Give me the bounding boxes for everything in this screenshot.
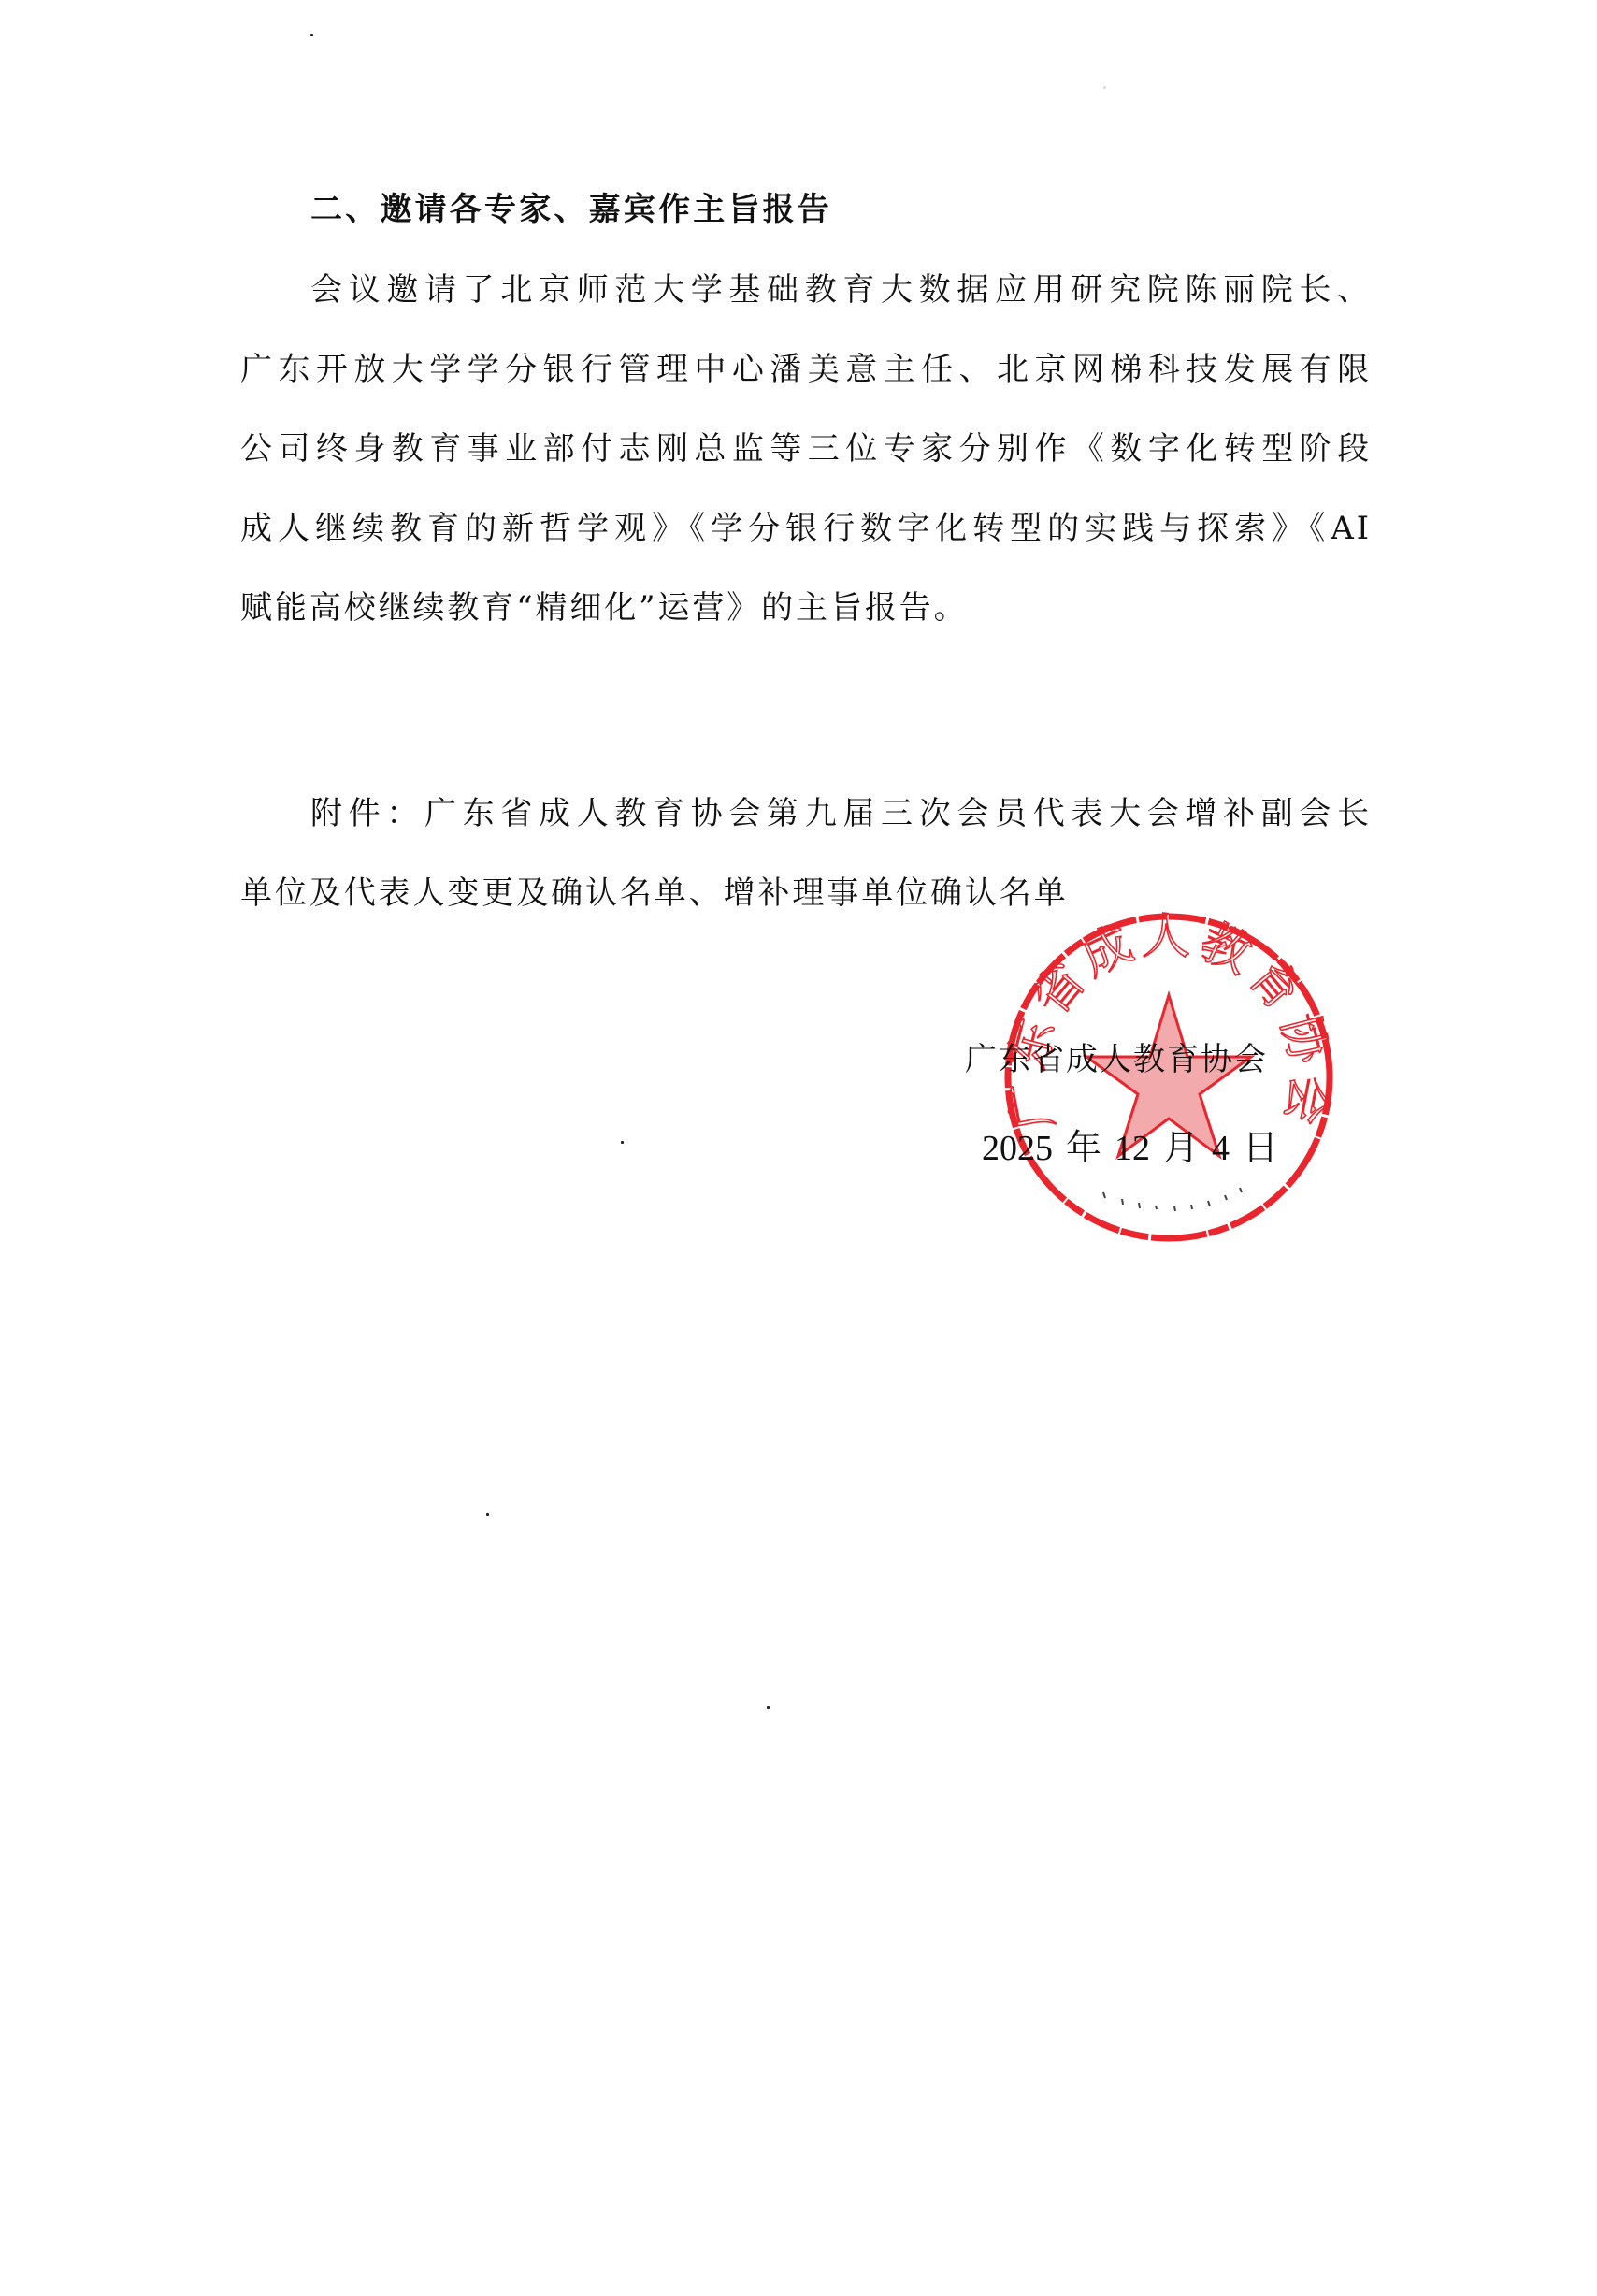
date-year-unit: 年: [1066, 1129, 1101, 1168]
paragraph-line: 会议邀请了北京师范大学基础教育大数据应用研究院陈丽院长、: [310, 251, 1372, 330]
date-month: 12: [1115, 1129, 1150, 1168]
date-day: 4: [1212, 1129, 1230, 1168]
paragraph-line: 成人继续教育的新哲学观》《学分银行数字化转型的实践与探索》《AI: [240, 489, 1372, 569]
section-heading: 二、邀请各专家、嘉宾作主旨报告: [310, 170, 1372, 250]
paragraph-line: 广东开放大学学分银行管理中心潘美意主任、北京网梯科技发展有限: [240, 330, 1372, 410]
paragraph-line: 公司终身教育事业部付志刚总监等三位专家分别作《数字化转型阶段: [240, 410, 1372, 489]
signature-date: 2025年12月4日: [982, 1120, 1291, 1177]
scan-speck: [310, 34, 313, 36]
date-year: 2025: [982, 1129, 1053, 1168]
signature-organization: 广东省成人教育协会: [965, 1032, 1268, 1088]
scan-speck: [767, 1706, 770, 1709]
scan-speck: [1103, 86, 1106, 89]
date-month-unit: 月: [1163, 1129, 1199, 1168]
date-day-unit: 日: [1243, 1129, 1278, 1168]
seal-serial-marks: [1103, 1188, 1242, 1211]
paragraph-line: 赋能高校继续教育“精细化”运营》的主旨报告。: [240, 569, 1372, 648]
scan-speck: [486, 1513, 489, 1516]
scan-speck: [621, 1141, 624, 1144]
attachment-line: 附件：广东省成人教育协会第九届三次会员代表大会增补副会长: [310, 774, 1372, 854]
document-page: 二、邀请各专家、嘉宾作主旨报告 会议邀请了北京师范大学基础教育大数据应用研究院陈…: [0, 0, 1597, 2296]
